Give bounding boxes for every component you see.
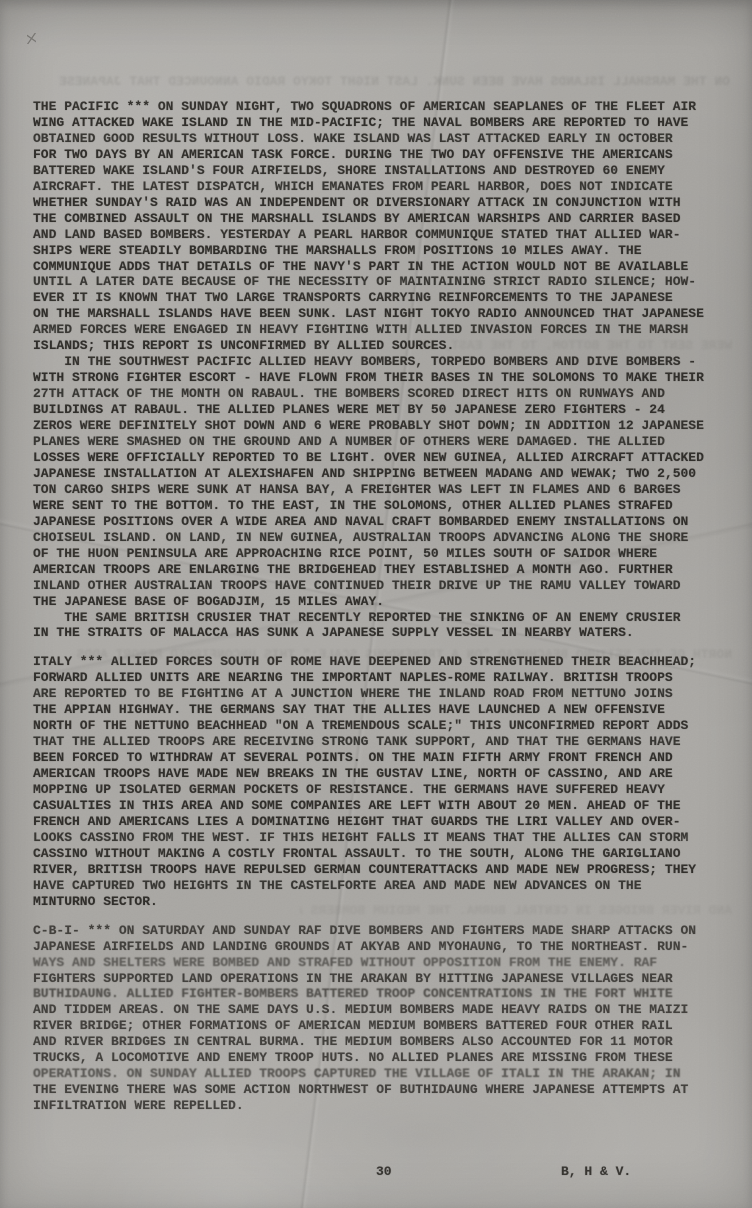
text-line: MINTURNO SECTOR. <box>33 894 733 910</box>
text-line: INFILTRATION WERE REPELLED. <box>33 1098 733 1114</box>
text-line: NORTH OF THE NETTUNO BEACHHEAD "ON A TRE… <box>33 718 733 734</box>
text-line: ON THE MARSHALL ISLANDS HAVE BEEN SUNK. … <box>33 306 733 322</box>
text-line: INLAND OTHER AUSTRALIAN TROOPS HAVE CONT… <box>33 578 733 594</box>
text-line: LOSSES WERE OFFICIALLY REPORTED TO BE LI… <box>33 450 733 466</box>
paragraph-southwest-pacific: IN THE SOUTHWEST PACIFIC ALLIED HEAVY BO… <box>33 354 733 609</box>
text-line: ZEROS WERE DEFINITELY SHOT DOWN AND 6 WE… <box>33 418 733 434</box>
text-line: BEEN FORCED TO WITHDRAW AT SEVERAL POINT… <box>33 750 733 766</box>
paragraph-the-pacific: THE PACIFIC *** ON SUNDAY NIGHT, TWO SQU… <box>33 99 733 354</box>
text-line: ISLANDS; THIS REPORT IS UNCONFIRMED BY A… <box>33 338 733 354</box>
footer-initials: B, H & V. <box>561 1164 631 1179</box>
text-line: THE PACIFIC *** ON SUNDAY NIGHT, TWO SQU… <box>33 99 733 115</box>
scanned-document-page: ON THE MARSHALL ISLANDS HAVE BEEN SUNK. … <box>0 0 752 1208</box>
text-line: WITH STRONG FIGHTER ESCORT - HAVE FLOWN … <box>33 370 733 386</box>
text-line: AMERICAN TROOPS HAVE MADE NEW BREAKS IN … <box>33 766 733 782</box>
text-line: IN THE SOUTHWEST PACIFIC ALLIED HEAVY BO… <box>33 354 733 370</box>
text-line: PLANES WERE SMASHED ON THE GROUND AND A … <box>33 434 733 450</box>
text-line: WING ATTACKED WAKE ISLAND IN THE MID-PAC… <box>33 115 733 131</box>
text-line: WAYS AND SHELTERS WERE BOMBED AND STRAFE… <box>33 955 733 971</box>
text-line: FRENCH AND AMERICANS LIES A DOMINATING H… <box>33 814 733 830</box>
text-line: COMMUNIQUE ADDS THAT DETAILS OF THE NAVY… <box>33 259 733 275</box>
text-line: THE APPIAN HIGHWAY. THE GERMANS SAY THAT… <box>33 702 733 718</box>
text-line: WHETHER SUNDAY'S RAID WAS AN INDEPENDENT… <box>33 195 733 211</box>
text-line: RIVER BRIDGE; OTHER FORMATIONS OF AMERIC… <box>33 1018 733 1034</box>
text-line: OBTAINED GOOD RESULTS WITHOUT LOSS. WAKE… <box>33 131 733 147</box>
text-line: LOOKS CASSINO FROM THE WEST. IF THIS HEI… <box>33 830 733 846</box>
text-line: MOPPING UP ISOLATED GERMAN POCKETS OF RE… <box>33 782 733 798</box>
text-line: HAVE CAPTURED TWO HEIGHTS IN THE CASTELF… <box>33 878 733 894</box>
text-line: ARE REPORTED TO BE FIGHTING AT A JUNCTIO… <box>33 686 733 702</box>
text-line: ITALY *** ALLIED FORCES SOUTH OF ROME HA… <box>33 654 733 670</box>
text-line: AND LAND BASED BOMBERS. YESTERDAY A PEAR… <box>33 227 733 243</box>
text-line: WERE SENT TO THE BOTTOM. TO THE EAST, IN… <box>33 498 733 514</box>
text-line: AND TIDDEM AREAS. ON THE SAME DAYS U.S. … <box>33 1002 733 1018</box>
document-body: THE PACIFIC *** ON SUNDAY NIGHT, TWO SQU… <box>33 99 733 1114</box>
text-line: THE EVENING THERE WAS SOME ACTION NORTHW… <box>33 1082 733 1098</box>
paragraph-cbi: C-B-I- *** ON SATURDAY AND SUNDAY RAF DI… <box>33 923 733 1114</box>
text-line: THAT THE ALLIED TROOPS ARE RECEIVING STR… <box>33 734 733 750</box>
text-line: THE JAPANESE BASE OF BOGADJIM, 15 MILES … <box>33 594 733 610</box>
text-line: JAPANESE INSTALLATION AT ALEXISHAFEN AND… <box>33 466 733 482</box>
text-line: JAPANESE POSITIONS OVER A WIDE AREA AND … <box>33 514 733 530</box>
text-line: AND RIVER BRIDGES IN CENTRAL BURMA. THE … <box>33 1034 733 1050</box>
text-line: JAPANESE AIRFIELDS AND LANDING GROUNDS A… <box>33 939 733 955</box>
text-line: RIVER, BRITISH TROOPS HAVE REPULSED GERM… <box>33 862 733 878</box>
text-line: OF THE HUON PENINSULA ARE APPROACHING RI… <box>33 546 733 562</box>
paragraph-italy: ITALY *** ALLIED FORCES SOUTH OF ROME HA… <box>33 654 733 909</box>
text-line: SHIPS WERE STEADILY BOMBARDING THE MARSH… <box>33 243 733 259</box>
text-line: THE COMBINED ASSAULT ON THE MARSHALL ISL… <box>33 211 733 227</box>
text-line: UNTIL A LATER DATE BECAUSE OF THE NECESS… <box>33 274 733 290</box>
pencil-mark <box>27 33 36 44</box>
text-line: ARMED FORCES WERE ENGAGED IN HEAVY FIGHT… <box>33 322 733 338</box>
page-number: 30 <box>376 1164 392 1179</box>
paragraph-british-cruiser: THE SAME BRITISH CRUSIER THAT RECENTLY R… <box>33 610 733 642</box>
text-line: EVER IT IS KNOWN THAT TWO LARGE TRANSPOR… <box>33 290 733 306</box>
text-line: FORWARD ALLIED UNITS ARE NEARING THE IMP… <box>33 670 733 686</box>
text-line: BATTERED WAKE ISLAND'S FOUR AIRFIELDS, S… <box>33 163 733 179</box>
text-line: BUTHIDAUNG. ALLIED FIGHTER-BOMBERS BATTE… <box>33 986 733 1002</box>
text-line: TON CARGO SHIPS WERE SUNK AT HANSA BAY, … <box>33 482 733 498</box>
text-line: IN THE STRAITS OF MALACCA HAS SUNK A JAP… <box>33 625 733 641</box>
text-line: OPERATIONS. ON SUNDAY ALLIED TROOPS CAPT… <box>33 1066 733 1082</box>
text-line: AMERICAN TROOPS ARE ENLARGING THE BRIDGE… <box>33 562 733 578</box>
text-line: C-B-I- *** ON SATURDAY AND SUNDAY RAF DI… <box>33 923 733 939</box>
text-line: AIRCRAFT. THE LATEST DISPATCH, WHICH EMA… <box>33 179 733 195</box>
text-line: CASUALTIES IN THIS AREA AND SOME COMPANI… <box>33 798 733 814</box>
bleed-through-text: ON THE MARSHALL ISLANDS HAVE BEEN SUNK. … <box>28 74 730 89</box>
text-line: FIGHTERS SUPPORTED LAND OPERATIONS IN TH… <box>33 971 733 987</box>
text-line: TRUCKS, A LOCOMOTIVE AND ENEMY TROOP HUT… <box>33 1050 733 1066</box>
text-line: CHOISEUL ISLAND. ON LAND, IN NEW GUINEA,… <box>33 530 733 546</box>
text-line: THE SAME BRITISH CRUSIER THAT RECENTLY R… <box>33 610 733 626</box>
text-line: CASSINO WITHOUT MAKING A COSTLY FRONTAL … <box>33 846 733 862</box>
text-line: FOR TWO DAYS BY AN AMERICAN TASK FORCE. … <box>33 147 733 163</box>
text-line: 27TH ATTACK OF THE MONTH ON RABAUL. THE … <box>33 386 733 402</box>
text-line: BUILDINGS AT RABAUL. THE ALLIED PLANES W… <box>33 402 733 418</box>
